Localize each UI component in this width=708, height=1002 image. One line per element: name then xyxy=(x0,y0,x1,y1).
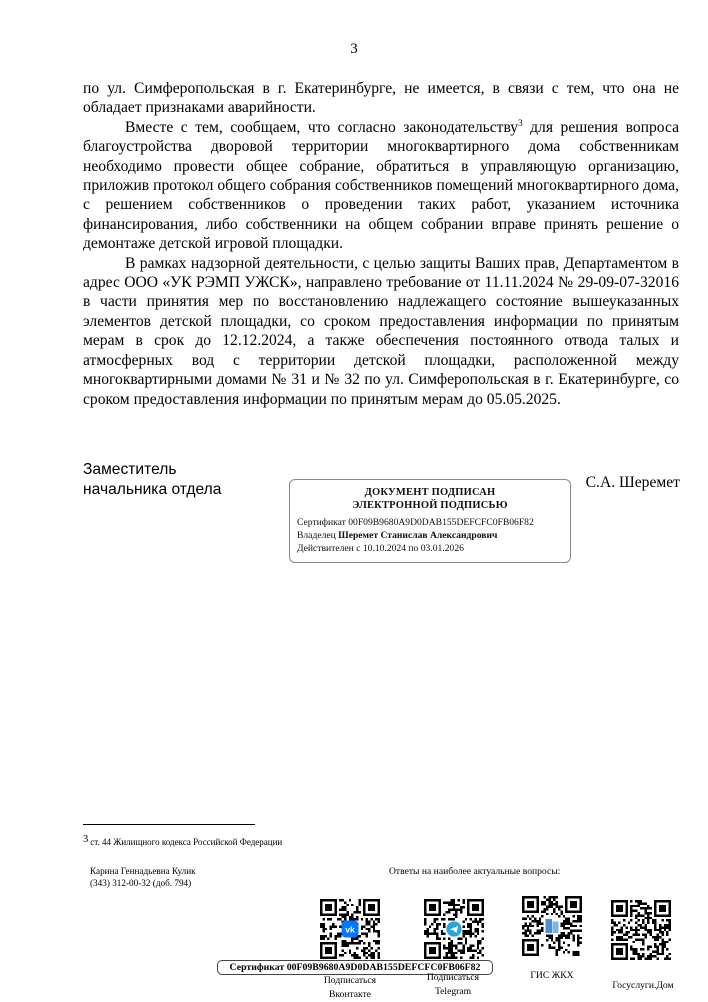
qr-caption-gis-zhkh: ГИС ЖКХ xyxy=(507,969,597,983)
footnote-text: ст. 44 Жилищного кодекса Российской Феде… xyxy=(90,837,282,847)
stamp-owner-label: Владелец xyxy=(297,530,336,541)
executor-contact: Карина Геннадьевна Кулик (343) 312-00-32… xyxy=(90,865,196,889)
paragraph-1: по ул. Симферопольская в г. Екатеринбург… xyxy=(83,79,679,118)
qr-caption-vk-line2: Вконтакте xyxy=(305,988,395,1002)
stamp-owner: Владелец Шеремет Станислав Александрович xyxy=(290,529,570,542)
qr-code-gosuslugi-dom[interactable] xyxy=(611,900,671,960)
qr-code-vk[interactable]: vk xyxy=(320,899,380,959)
footnote: 3ст. 44 Жилищного кодекса Российской Фед… xyxy=(83,834,282,847)
qr-caption-gosuslugi-line1: Госуслуги.Дом xyxy=(593,979,693,993)
qr-caption-vk-line1: Подписаться xyxy=(305,974,395,988)
footnote-mark: 3 xyxy=(83,834,88,845)
qr-caption-telegram-line1: Подписаться xyxy=(408,971,498,985)
stamp-validity: Действителен с 10.10.2024 по 03.01.2026 xyxy=(290,542,570,555)
answers-heading: Ответы на наиболее актуальные вопросы: xyxy=(389,866,560,877)
qr-caption-vk: Подписаться Вконтакте xyxy=(305,974,395,1002)
qr-caption-telegram-line2: Telegram xyxy=(408,985,498,999)
stamp-certificate: Сертификат 00F09B9680A9D0DAB155DEFCFC0FB… xyxy=(290,516,570,529)
stamp-cert-label: Сертификат xyxy=(297,517,346,528)
qr-pattern xyxy=(424,899,484,959)
stamp-title-line2: ЭЛЕКТРОННОЙ ПОДПИСЬЮ xyxy=(290,499,570,512)
paragraph-2-end: для решения вопроса благоустройства двор… xyxy=(83,119,679,252)
stamp-title: ДОКУМЕНТ ПОДПИСАН ЭЛЕКТРОННОЙ ПОДПИСЬЮ xyxy=(290,486,570,512)
paragraph-3: В рамках надзорной деятельности, с целью… xyxy=(83,254,679,409)
qr-pattern xyxy=(522,896,582,956)
page-number: 3 xyxy=(0,41,708,58)
signer-name: С.А. Шеремет xyxy=(586,474,680,492)
footnote-divider xyxy=(83,824,255,825)
qr-code-gis-zhkh[interactable] xyxy=(522,896,582,956)
qr-pattern xyxy=(611,900,671,960)
paragraph-2: Вместе с тем, сообщаем, что согласно зак… xyxy=(83,118,679,254)
qr-caption-gis-zhkh-line1: ГИС ЖКХ xyxy=(507,969,597,983)
qr-pattern: vk xyxy=(320,899,380,959)
qr-caption-gosuslugi: Госуслуги.Дом xyxy=(593,979,693,993)
signer-position-line2: начальника отдела xyxy=(83,480,221,500)
paragraph-2-start: Вместе с тем, сообщаем, что согласно зак… xyxy=(125,119,518,136)
qr-caption-telegram: Подписаться Telegram xyxy=(408,971,498,999)
executor-name: Карина Геннадьевна Кулик xyxy=(90,865,196,877)
svg-text:vk: vk xyxy=(345,925,355,935)
electronic-signature-stamp: ДОКУМЕНТ ПОДПИСАН ЭЛЕКТРОННОЙ ПОДПИСЬЮ С… xyxy=(289,479,571,563)
signer-position-line1: Заместитель xyxy=(83,460,221,480)
stamp-cert-value: 00F09B9680A9D0DAB155DEFCFC0FB06F82 xyxy=(348,517,534,528)
executor-phone: (343) 312-00-32 (доб. 794) xyxy=(90,877,196,889)
stamp-title-line1: ДОКУМЕНТ ПОДПИСАН xyxy=(290,486,570,499)
qr-code-telegram[interactable] xyxy=(424,899,484,959)
signer-position: Заместитель начальника отдела xyxy=(83,460,221,499)
stamp-owner-value: Шеремет Станислав Александрович xyxy=(338,530,497,541)
letter-body: по ул. Симферопольская в г. Екатеринбург… xyxy=(83,79,679,409)
